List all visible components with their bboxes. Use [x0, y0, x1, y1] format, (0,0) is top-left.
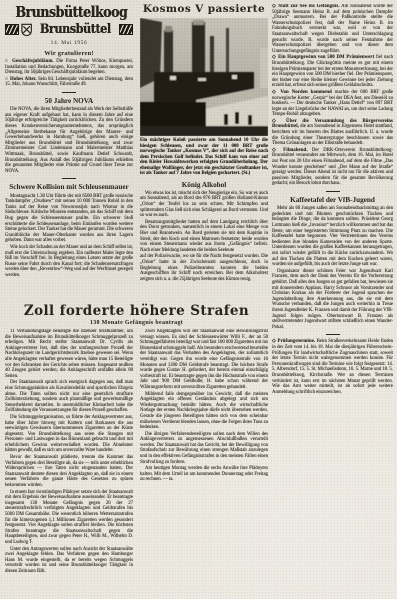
item-text: Der DRK-Ortsverein Brunsbüttelkoog-Bruns… — [272, 148, 393, 187]
news-item: ◇ Ein Hauptgewinn von 500 DM Prämienwert… — [272, 55, 393, 89]
news-item: ◇ Prüfungstermine. Beim Straßenverkehrsa… — [272, 339, 393, 395]
item-lead: ○ Geschäftsjubiläum. — [5, 59, 54, 64]
masthead-line2-row: Brunsbüttel — [5, 22, 133, 37]
article-paragraph: Wie hoch der Schaden an der Mauer und an… — [5, 245, 133, 279]
article-paragraph: Mehr als 60 Jungen saßen am Sonnabendnac… — [272, 206, 393, 268]
article-paragraph: Wo etwas los ist, mischt sich der Neugie… — [140, 191, 268, 219]
article-paragraph: In einem fast vierstündigen Plädoyer set… — [5, 490, 133, 546]
section-divider — [62, 92, 76, 93]
item-lead: ◇ Prüfungstermine. — [272, 339, 315, 344]
article-gratulieren: Wir gratulieren! ○ Geschäftsjubiläum. Di… — [5, 50, 133, 88]
article-subhead: 138 Monate Gefängnis beantragt — [5, 320, 268, 326]
article-paragraph: Organisator dieser schönen Feier war Jug… — [272, 269, 393, 331]
masthead-line1: Brunsbüttelkoog — [15, 3, 123, 21]
news-item: ◇ Von Norden kommend machte der 600 BRT … — [272, 90, 393, 118]
item-text: Beim Straßenverkehrsamt Heide finden in … — [272, 339, 393, 394]
article-heading: Kaffeetafel der VfB-Jugend — [274, 196, 391, 204]
ornament-bar-icon — [119, 24, 133, 35]
column-2: Kosmos V passierte — [140, 3, 268, 299]
article-paragraph: Bevor der Staatsanwalt plädierte, trennt… — [5, 455, 133, 489]
news-item: ◇ Filmabend. Der DRK-Ortsverein Brunsbüt… — [272, 148, 393, 187]
article-paragraph: Die übrigen Verfahrensbeteiligten sollen… — [140, 432, 268, 466]
article-paragraph: Die NOVA, die ihren Mitgliederbestand al… — [5, 107, 133, 174]
ornament-bar-icon — [5, 24, 19, 35]
article-heading: 50 Jahre NOVA — [7, 97, 131, 105]
column-1: Brunsbüttelkoog Brunsbüttel 14. Mai 1956… — [5, 3, 133, 299]
item-lead: ◇ Statt zur See ins Gefängnis. — [272, 4, 340, 9]
article-kosmos: Kosmos V passierte — [140, 3, 268, 177]
article-paragraph: Unter den Antragswerten sollen nach Ansi… — [5, 547, 133, 575]
photo-caption: Ein mächtiger Koloß passierte am Sonnabe… — [140, 138, 268, 177]
item-text: Am Sonnabend wollte der 50jährige Seeman… — [272, 4, 393, 54]
ship-photo — [140, 18, 268, 136]
section-divider — [326, 191, 340, 192]
top-columns: Brunsbüttelkoog Brunsbüttel 14. Mai 1956… — [5, 3, 268, 299]
news-item: ◇ Über die Versammlung des Bürgervereins… — [272, 119, 393, 147]
coat-of-arms-shield-icon — [21, 23, 32, 37]
item-lead: ◇ Ein Hauptgewinn von 500 DM Prämienwert — [272, 55, 374, 60]
news-item: ◇ Statt zur See ins Gefängnis. Am Sonnab… — [272, 4, 393, 54]
article-paragraph: Mildernd falle demgegenüber ins Gewicht,… — [140, 392, 268, 431]
left-section: Brunsbüttelkoog Brunsbüttel 14. Mai 1956… — [5, 3, 268, 596]
masthead: Brunsbüttelkoog Brunsbüttel — [5, 3, 133, 37]
article-paragraph: Zwei Angeklagten will der Staatsanwalt e… — [140, 329, 268, 391]
dateline: 14. Mai 1956 — [5, 40, 133, 46]
article-heading: Wir gratulieren! — [5, 50, 133, 57]
article-headline: Zoll forderte höhere Strafen — [5, 303, 268, 319]
article-kollision: Schwere Kollision mit Schleusenmauer Mon… — [5, 183, 133, 278]
article-paragraph: ○ Geschäftsjubiläum. Die Firma Peter Wöh… — [5, 59, 133, 76]
column-3: ◇ Statt zur See ins Gefängnis. Am Sonnab… — [272, 4, 393, 596]
article-paragraph: 11 Verhandlungstage benötigte die Itzeho… — [5, 329, 133, 379]
item-text: fiel nach Brunsbüttelkoog. Die Glücksgöt… — [272, 55, 393, 88]
article-alkohol: König Alkohol Wo etwas los ist, mischt s… — [140, 181, 268, 283]
article-paragraph: ○ Hohes Alter. Sein 84. Lebensjahr volle… — [5, 77, 133, 88]
article-zoll: Zoll forderte höhere Strafen 138 Monate … — [5, 303, 268, 583]
item-lead: ◇ Von Norden kommend — [272, 90, 332, 95]
article-nova: 50 Jahre NOVA Die NOVA, die ihren Mitgli… — [5, 97, 133, 174]
masthead-line2: Brunsbüttel — [40, 22, 111, 37]
article-kaffeetafel: Kaffeetafel der VfB-Jugend Mehr als 60 J… — [272, 196, 393, 330]
section-divider — [62, 178, 76, 179]
article-body-columns: 11 Verhandlungstage benötigte die Itzeho… — [5, 329, 268, 583]
article-paragraph: Am heutigen Montag werden die sechs Anwä… — [140, 466, 268, 483]
article-heading: Schwere Kollision mit Schleusenmauer — [7, 183, 131, 191]
article-paragraph: Die Schmuggelorganisation, so führte der… — [5, 415, 133, 454]
article-paragraph: Montagnacht 1.30 Uhr führte der mit 6500… — [5, 194, 133, 244]
newspaper-page: Brunsbüttelkoog Brunsbüttel 14. Mai 1956… — [0, 0, 397, 599]
article-paragraph: Der Staatsanwalt sprach sich energisch d… — [5, 380, 133, 414]
article-paragraph: Besatzungsmitglieder hatten auf dem Land… — [140, 220, 268, 254]
article-heading: König Alkohol — [142, 181, 266, 189]
section-divider — [326, 334, 340, 335]
article-headline: Kosmos V passierte — [140, 3, 268, 15]
article-paragraph: auf der Polizeiwache, wo sie für die Nac… — [140, 254, 268, 282]
